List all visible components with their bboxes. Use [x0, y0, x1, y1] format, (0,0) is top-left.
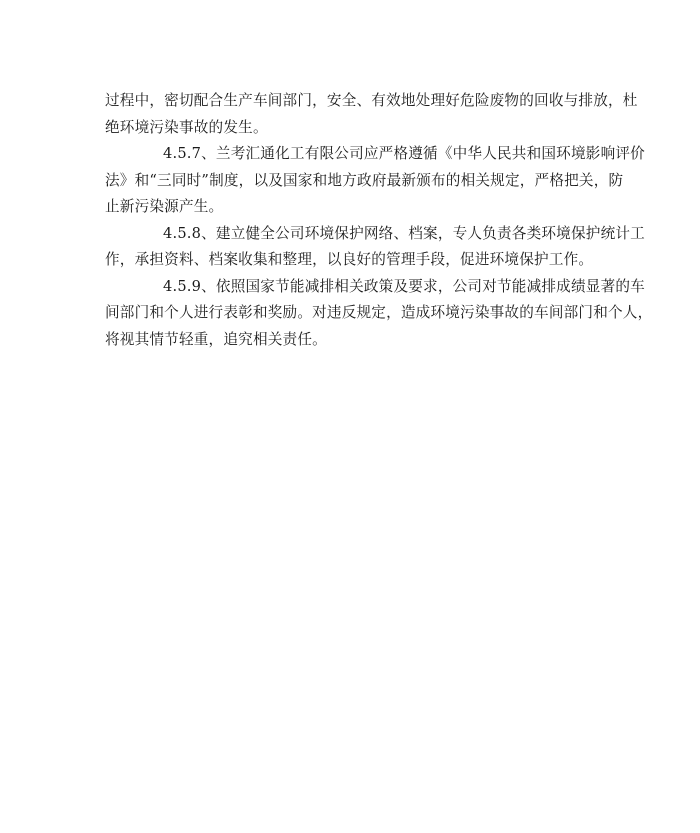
paragraph-4-5-8: 4.5.8、建立健全公司环境保护网络、档案，专人负责各类环境保护统计工 作，承担… [105, 221, 600, 274]
text-line: 4.5.9、依照国家节能减排相关政策及要求，公司对节能减排成绩显著的车 [105, 274, 600, 301]
text-line: 4.5.8、建立健全公司环境保护网络、档案，专人负责各类环境保护统计工 [105, 221, 600, 248]
text-line: 4.5.7、兰考汇通化工有限公司应严格遵循《中华人民共和国环境影响评价 [105, 141, 600, 168]
text-line: 法》和“三同时”制度，以及国家和地方政府最新颁布的相关规定，严格把关，防 [105, 168, 600, 195]
paragraph-4-5-9: 4.5.9、依照国家节能减排相关政策及要求，公司对节能减排成绩显著的车 间部门和… [105, 274, 600, 354]
text-line: 作，承担资料、档案收集和整理，以良好的管理手段，促进环境保护工作。 [105, 247, 600, 274]
text-line: 过程中，密切配合生产车间部门，安全、有效地处理好危险废物的回收与排放，杜 [105, 88, 600, 115]
text-line: 绝环境污染事故的发生。 [105, 115, 600, 142]
text-line: 将视其情节轻重，追究相关责任。 [105, 327, 600, 354]
text-line: 间部门和个人进行表彰和奖励。对违反规定，造成环境污染事故的车间部门和个人， [105, 300, 600, 327]
text-line: 止新污染源产生。 [105, 194, 600, 221]
document-page: 过程中，密切配合生产车间部门，安全、有效地处理好危险废物的回收与排放，杜 绝环境… [105, 88, 600, 353]
paragraph-continuation: 过程中，密切配合生产车间部门，安全、有效地处理好危险废物的回收与排放，杜 绝环境… [105, 88, 600, 141]
paragraph-4-5-7: 4.5.7、兰考汇通化工有限公司应严格遵循《中华人民共和国环境影响评价 法》和“… [105, 141, 600, 221]
